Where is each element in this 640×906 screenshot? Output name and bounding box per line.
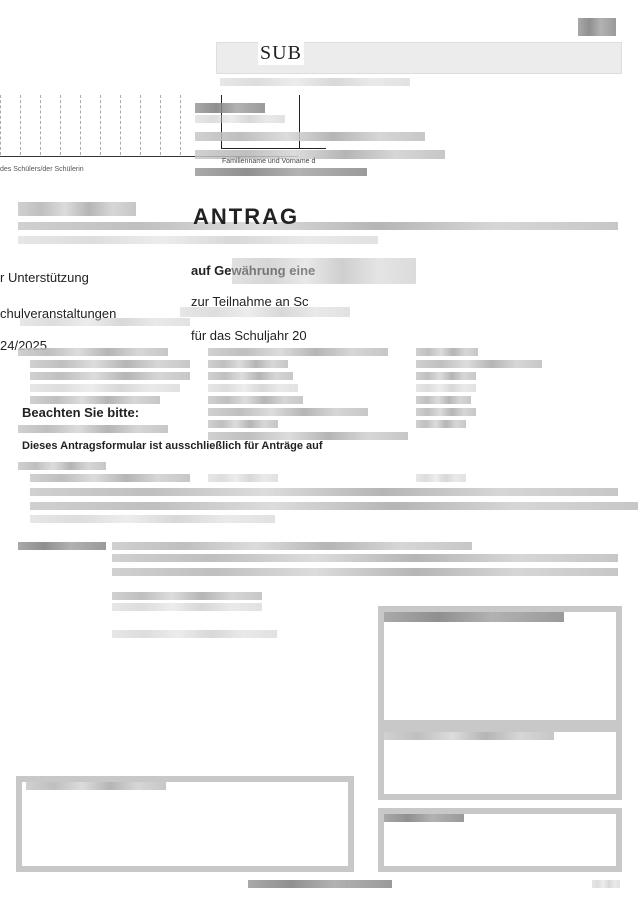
info-left-3 [30, 372, 190, 380]
info-left-4 [30, 384, 180, 392]
info-mid-4 [208, 384, 298, 392]
para-1c [416, 474, 466, 482]
info-mid-3 [208, 372, 293, 380]
para-heading [18, 462, 106, 470]
name-field-value-3 [195, 132, 425, 141]
name-field-value-5 [195, 168, 367, 176]
right-middle-box-label [384, 732, 554, 740]
section-2 [112, 554, 618, 562]
section-1 [112, 542, 472, 550]
info-mid-7 [208, 420, 278, 428]
info-mid-5 [208, 396, 303, 404]
para-2 [30, 488, 618, 496]
right-top-box[interactable] [378, 606, 622, 726]
name-field-caption: Familienname und Vorname d [222, 158, 315, 165]
section-3 [112, 568, 618, 576]
intro-heading [18, 202, 136, 216]
info-mid-2 [208, 360, 288, 368]
section-label [18, 542, 106, 550]
info-mid-6 [208, 408, 368, 416]
info-right-1 [416, 348, 478, 356]
info-right-7 [416, 420, 466, 428]
header-subtitle [220, 78, 410, 86]
info-left-1 [18, 348, 168, 356]
footer-center [248, 880, 392, 888]
info-left-2 [30, 360, 190, 368]
info-mid-1 [208, 348, 388, 356]
para-1 [30, 474, 190, 482]
notice-heading: Beachten Sie bitte: [22, 405, 139, 420]
left-bottom-box-label [26, 782, 166, 790]
document-title: ANTRAG [193, 204, 299, 230]
footer-right [592, 880, 620, 888]
student-name-grid [0, 95, 195, 157]
notice-sub [18, 425, 168, 433]
student-caption: des Schülers/der Schülerin [0, 166, 84, 173]
info-right-6 [416, 408, 476, 416]
notice-sub-2 [208, 432, 408, 440]
left-line-2-rest [20, 318, 190, 326]
info-right-5 [416, 396, 471, 404]
right-middle-box[interactable] [378, 726, 622, 800]
left-line-1: r Unterstützung [0, 270, 89, 285]
section-4 [112, 592, 262, 600]
info-right-3 [416, 372, 476, 380]
name-field-value-1 [195, 103, 265, 113]
title-line-3: für das Schuljahr 20 [191, 328, 307, 343]
name-field-value-2 [195, 115, 285, 123]
info-right-2 [416, 360, 542, 368]
name-field-line [221, 148, 326, 149]
intro-text-1 [18, 222, 618, 230]
para-4 [30, 515, 275, 523]
section-6 [112, 630, 277, 638]
info-right-4 [416, 384, 476, 392]
title-line-2-rest [180, 307, 350, 317]
intro-text-2 [18, 236, 378, 244]
section-5 [112, 603, 262, 611]
para-3 [30, 502, 638, 510]
logo: SUB [258, 42, 304, 65]
para-1b [208, 474, 278, 482]
title-line-1-rest [232, 258, 416, 284]
right-top-box-label [384, 612, 564, 622]
right-bottom-box[interactable] [378, 808, 622, 872]
notice-text: Dieses Antragsformular ist ausschließlic… [22, 440, 323, 452]
info-left-5 [30, 396, 160, 404]
page-marker [578, 18, 616, 36]
right-bottom-box-label [384, 814, 464, 822]
left-bottom-box[interactable] [16, 776, 354, 872]
